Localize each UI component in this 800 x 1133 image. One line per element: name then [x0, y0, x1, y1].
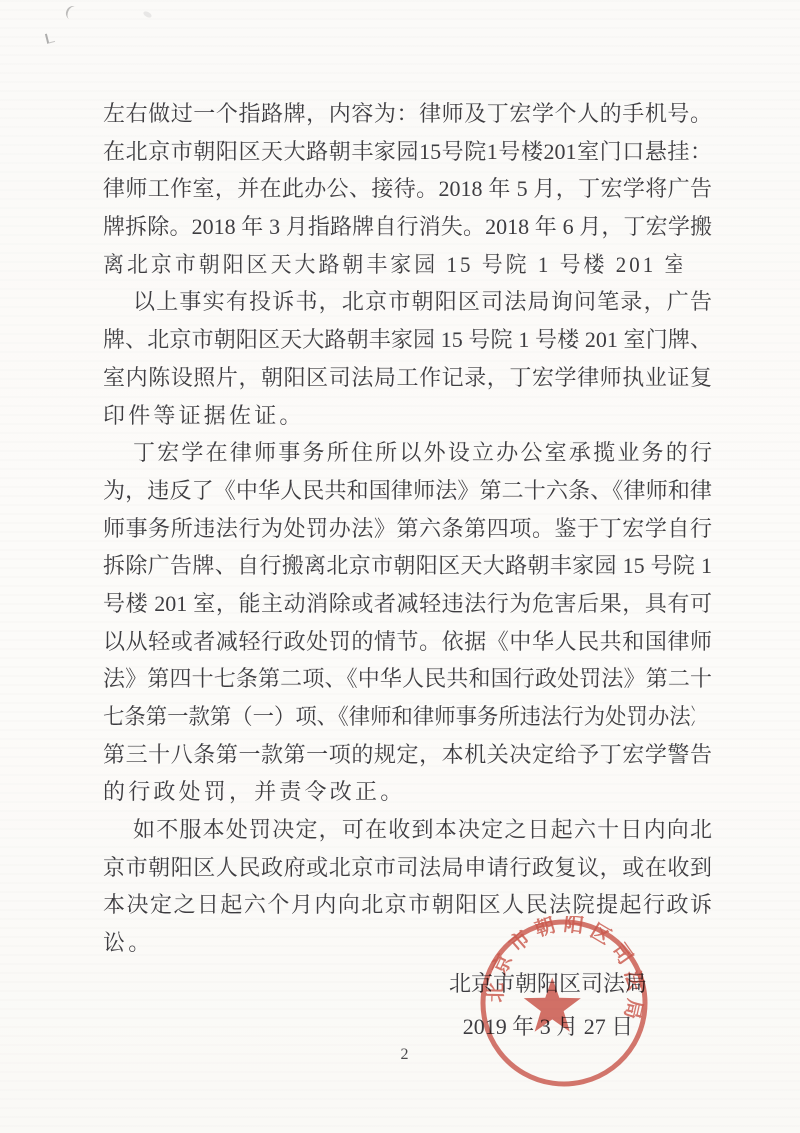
text-line: 师事务所违法行为处罚办法》第六条第四项。鉴于丁宏学自行: [103, 510, 712, 548]
text-line: 拆除广告牌、自行搬离北京市朝阳区天大路朝丰家园 15 号院 1: [103, 547, 712, 585]
scan-speck: [142, 10, 152, 19]
document-page: 左右做过一个指路牌，内容为：律师及丁宏学个人的手机号。 在北京市朝阳区天大路朝丰…: [0, 0, 800, 1133]
signature-block: 北京市朝阳区司法局 2019 年 3 月 27 日: [348, 962, 748, 1048]
text-line: 本决定之日起六个月内向北京市朝阳区人民法院提起行政诉: [103, 886, 712, 924]
text-line: 牌、北京市朝阳区天大路朝丰家园 15 号院 1 号楼 201 室门牌、: [103, 321, 712, 359]
text-line: 牌拆除。2018 年 3 月指路牌自行消失。2018 年 6 月，丁宏学搬: [103, 208, 712, 246]
text-line: 讼。: [103, 924, 712, 962]
text-line: 如不服本处罚决定，可在收到本决定之日起六十日内向北: [103, 811, 712, 849]
text-line: 法》第四十七条第二项、《中华人民共和国行政处罚法》第二十: [103, 660, 712, 698]
scan-speck: [45, 32, 55, 44]
text-line: 丁宏学在律师事务所住所以外设立办公室承揽业务的行: [103, 434, 712, 472]
text-line: 第三十八条第一款第一项的规定，本机关决定给予丁宏学警告: [103, 736, 712, 774]
document-body: 左右做过一个指路牌，内容为：律师及丁宏学个人的手机号。 在北京市朝阳区天大路朝丰…: [103, 95, 712, 962]
issuing-authority: 北京市朝阳区司法局: [348, 962, 748, 1005]
text-line: 离北京市朝阳区天大路朝丰家园 15 号院 1 号楼 201 室。: [103, 246, 682, 284]
scan-speck: [64, 4, 82, 22]
text-line: 律师工作室，并在此办公、接待。2018 年 5 月，丁宏学将广告: [103, 170, 712, 208]
text-line: 的行政处罚，并责令改正。: [103, 773, 712, 811]
text-line: 左右做过一个指路牌，内容为：律师及丁宏学个人的手机号。: [103, 95, 712, 133]
text-line: 印件等证据佐证。: [103, 397, 712, 435]
page-number: 2: [5, 1046, 800, 1064]
text-line: 以从轻或者减轻行政处罚的情节。依据《中华人民共和国律师: [103, 623, 712, 661]
text-line: 以上事实有投诉书，北京市朝阳区司法局询问笔录，广告: [103, 283, 712, 321]
text-line: 号楼 201 室，能主动消除或者减轻违法行为危害后果，具有可: [103, 585, 712, 623]
issue-date: 2019 年 3 月 27 日: [348, 1005, 748, 1048]
text-line: 京市朝阳区人民政府或北京市司法局申请行政复议，或在收到: [103, 849, 712, 887]
text-line: 为，违反了《中华人民共和国律师法》第二十六条、《律师和律: [103, 472, 712, 510]
text-line: 在北京市朝阳区天大路朝丰家园15号院1号楼201室门口悬挂：: [103, 133, 712, 171]
text-line: 室内陈设照片，朝阳区司法局工作记录，丁宏学律师执业证复: [103, 359, 712, 397]
text-line: 七条第一款第（一）项、《律师和律师事务所违法行为处罚办法》: [103, 698, 695, 736]
